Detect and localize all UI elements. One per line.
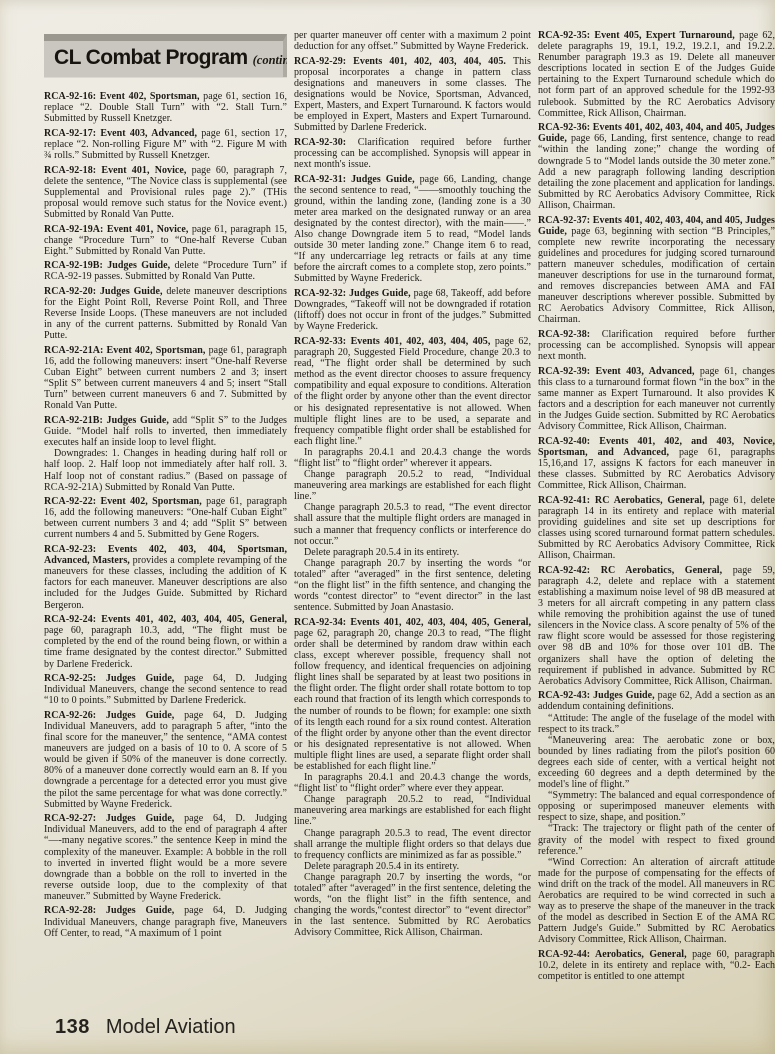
proposal-paragraph: RCA-92-39: Event 403, Advanced, page 61,… — [538, 366, 775, 433]
proposal-id: RCA-92-26: Judges Guide, — [44, 710, 184, 721]
body-paragraph: In paragraphs 20.4.1 and 20.4.3 change t… — [294, 772, 531, 794]
proposal-id: RCA-92-35: Event 405, Expert Turnaround, — [538, 30, 739, 41]
body-paragraph: Downgrades: 1. Changes in heading during… — [44, 448, 287, 492]
body-paragraph: Change paragraph 20.5.3 to read, “The ev… — [294, 502, 531, 546]
proposal-paragraph: RCA-92-40: Events 401, 402, and 403, Nov… — [538, 436, 775, 491]
body-paragraph: Change paragraph 20.7 by inserting the w… — [294, 558, 531, 613]
proposal-id: RCA-92-37: Events 401, 402, 403, 404, an… — [538, 215, 775, 237]
proposal-id: RCA-92-22: Event 402, Sportsman, — [44, 496, 206, 507]
proposal-id: RCA-92-44: Aerobatics, General, — [538, 949, 692, 960]
proposal-paragraph: RCA-92-17: Event 403, Advanced, page 61,… — [44, 128, 287, 161]
proposal-paragraph: RCA-92-25: Judges Guide, page 64, D. Jud… — [44, 673, 287, 706]
magazine-page: CL Combat Program(continued) RCA-92-16: … — [0, 0, 775, 1054]
proposal-paragraph: RCA-92-26: Judges Guide, page 64, D. Jud… — [44, 710, 287, 810]
body-paragraph: “Symmetry: The balanced and equal corres… — [538, 790, 775, 823]
body-paragraph: Delete paragraph 20.5.4 in its entirety. — [294, 861, 531, 872]
body-paragraph: “Attitude: The angle of the fuselage of … — [538, 713, 775, 735]
proposal-paragraph: RCA-92-23: Events 402, 403, 404, Sportsm… — [44, 544, 287, 611]
proposal-paragraph: RCA-92-24: Events 401, 402, 403, 404, 40… — [44, 614, 287, 669]
proposal-paragraph: RCA-92-34: Events 401, 402, 403, 404, 40… — [294, 617, 531, 772]
body-paragraph: “Wind Correction: An alteration of aircr… — [538, 857, 775, 946]
proposal-id: RCA-92-34: Events 401, 402, 403, 404, 40… — [294, 617, 531, 628]
proposal-paragraph: RCA-92-35: Event 405, Expert Turnaround,… — [538, 30, 775, 119]
proposal-id: RCA-92-30: — [294, 137, 358, 148]
page-footer: 138Model Aviation — [55, 1016, 236, 1039]
column-2: per quarter maneuver off center with a m… — [294, 30, 531, 982]
proposal-paragraph: RCA-92-18: Event 401, Novice, page 60, p… — [44, 165, 287, 220]
column-1: CL Combat Program(continued) RCA-92-16: … — [44, 30, 287, 982]
proposal-paragraph: RCA-92-44: Aerobatics, General, page 60,… — [538, 949, 775, 982]
proposal-id: RCA-92-40: Events 401, 402, and 403, Nov… — [538, 436, 775, 458]
proposal-paragraph: RCA-92-36: Events 401, 402, 403, 404, an… — [538, 122, 775, 211]
proposal-paragraph: RCA-92-42: RC Aerobatics, General, page … — [538, 565, 775, 687]
proposal-paragraph: RCA-92-16: Event 402, Sportsman, page 61… — [44, 91, 287, 124]
proposal-paragraph: RCA-92-31: Judges Guide, page 66, Landin… — [294, 174, 531, 285]
proposal-paragraph: RCA-92-21A: Event 402, Sportsman, page 6… — [44, 345, 287, 412]
proposal-paragraph: RCA-92-20: Judges Guide, delete maneuver… — [44, 286, 287, 341]
body-paragraph: In paragraphs 20.4.1 and 20.4.3 change t… — [294, 447, 531, 469]
proposal-id: RCA-92-25: Judges Guide, — [44, 673, 184, 684]
body-paragraph: “Track: The trajectory or flight path of… — [538, 823, 775, 856]
proposal-paragraph: RCA-92-33: Events 401, 402, 403, 404, 40… — [294, 336, 531, 447]
body-paragraph: per quarter maneuver off center with a m… — [294, 30, 531, 52]
page-number: 138 — [55, 1016, 90, 1038]
proposal-paragraph: RCA-92-21B: Judges Guide, add “Split S” … — [44, 415, 287, 448]
proposal-paragraph: RCA-92-37: Events 401, 402, 403, 404, an… — [538, 215, 775, 326]
proposal-paragraph: RCA-92-29: Events 401, 402, 403, 404, 40… — [294, 56, 531, 134]
proposal-id: RCA-92-28: Judges Guide, — [44, 905, 184, 916]
proposal-id: RCA-92-31: Judges Guide, — [294, 174, 420, 185]
proposal-id: RCA-92-33: Events 401, 402, 403, 404, 40… — [294, 336, 495, 347]
proposal-paragraph: RCA-92-30: Clarification required before… — [294, 137, 531, 170]
proposal-id: RCA-92-17: Event 403, Advanced, — [44, 128, 201, 139]
proposal-id: RCA-92-27: Judges Guide, — [44, 813, 184, 824]
proposal-id: RCA-92-21B: Judges Guide, — [44, 415, 173, 426]
proposal-id: RCA-92-21A: Event 402, Sportsman, — [44, 345, 209, 356]
proposal-paragraph: RCA-92-27: Judges Guide, page 64, D. Jud… — [44, 813, 287, 902]
proposal-paragraph: RCA-92-43: Judges Guide, page 62, Add a … — [538, 690, 775, 712]
body-paragraph: “Maneuvering area: The aerobatic zone or… — [538, 735, 775, 790]
proposal-id: RCA-92-42: RC Aerobatics, General, — [538, 565, 733, 576]
proposal-paragraph: RCA-92-38: Clarification required before… — [538, 329, 775, 362]
section-continued-label: (continued) — [253, 53, 287, 67]
proposal-paragraph: RCA-92-19B: Judges Guide, delete “Proced… — [44, 260, 287, 282]
body-paragraph: Change paragraph 20.5.2 to read, “Indivi… — [294, 794, 531, 827]
proposal-id: RCA-92-19A: Event 401, Novice, — [44, 224, 192, 235]
proposal-id: RCA-92-16: Event 402, Sportsman, — [44, 91, 203, 102]
proposal-id: RCA-92-24: Events 401, 402, 403, 404, 40… — [44, 614, 287, 625]
proposal-paragraph: RCA-92-22: Event 402, Sportsman, page 61… — [44, 496, 287, 540]
proposal-paragraph: RCA-92-19A: Event 401, Novice, page 61, … — [44, 224, 287, 257]
proposal-id: RCA-92-23: Events 402, 403, 404, Sportsm… — [44, 544, 287, 566]
proposal-id: RCA-92-32: Judges Guide, — [294, 288, 414, 299]
column-1-paragraphs: RCA-92-16: Event 402, Sportsman, page 61… — [44, 91, 287, 939]
column-3: RCA-92-35: Event 405, Expert Turnaround,… — [538, 30, 775, 982]
magazine-title: Model Aviation — [106, 1016, 236, 1038]
proposal-id: RCA-92-20: Judges Guide, — [44, 286, 166, 297]
proposal-id: RCA-92-29: Events 401, 402, 403, 404, 40… — [294, 56, 513, 67]
proposal-id: RCA-92-39: Event 403, Advanced, — [538, 366, 700, 377]
body-paragraph: Change paragraph 20.7 by inserting the w… — [294, 872, 531, 939]
proposal-id: RCA-92-36: Events 401, 402, 403, 404, an… — [538, 122, 775, 144]
proposal-id: RCA-92-43: Judges Guide, — [538, 690, 658, 701]
proposal-id: RCA-92-18: Event 401, Novice, — [44, 165, 192, 176]
proposal-id: RCA-92-41: RC Aerobatics, General, — [538, 495, 710, 506]
section-title: CL Combat Program — [54, 46, 248, 69]
proposal-paragraph: RCA-92-32: Judges Guide, page 68, Takeof… — [294, 288, 531, 332]
page-content: CL Combat Program(continued) RCA-92-16: … — [44, 30, 775, 982]
section-header-box: CL Combat Program(continued) — [44, 34, 287, 77]
proposal-paragraph: RCA-92-28: Judges Guide, page 64, D. Jud… — [44, 905, 287, 938]
body-paragraph: Delete paragraph 20.5.4 in its entirety. — [294, 547, 531, 558]
proposal-paragraph: RCA-92-41: RC Aerobatics, General, page … — [538, 495, 775, 562]
body-paragraph: Change paragraph 20.5.3 to read, The eve… — [294, 828, 531, 861]
proposal-id: RCA-92-19B: Judges Guide, — [44, 260, 175, 271]
proposal-id: RCA-92-38: — [538, 329, 602, 340]
body-paragraph: Change paragraph 20.5.2 to read, “Indivi… — [294, 469, 531, 502]
